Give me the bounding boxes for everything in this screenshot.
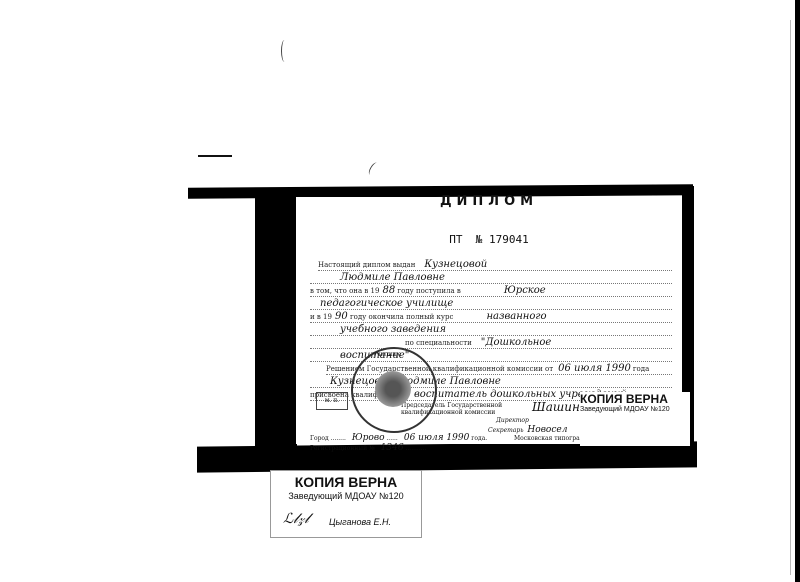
enrolled-line: в том, что она в 1988 году поступила вЮр… [310, 285, 672, 297]
city-line: Город ........Юрово ......06 июля 1990 г… [310, 433, 487, 443]
recipient-name: Людмиле Павловне [340, 272, 445, 283]
copy-stamp-on-diploma: КОПИЯ ВЕРНА Заведующий МДОАУ №120 [580, 392, 690, 446]
stray-mark [281, 40, 288, 62]
scan-edge-line [790, 20, 791, 575]
secretary-signature: Новосел [527, 425, 567, 435]
issued-to-line: Настоящий диплом выданКузнецовой [318, 259, 672, 271]
chairman-signature: Шашина [532, 400, 587, 414]
stamp-position: Заведующий МДОАУ №120 [271, 491, 421, 501]
seal-box: м. п. [316, 392, 348, 410]
graduated-line: и в 1990 году окончила полный курсназван… [310, 311, 672, 323]
registration-line: Регистрационный №1346 ........... [310, 443, 426, 453]
institution-line: педагогическое училище [310, 298, 672, 310]
secretary-label: Секретарь Новосел [488, 425, 567, 435]
stamp-heading: КОПИЯ ВЕРНА [271, 474, 421, 490]
recipient-surname: Кузнецовой [424, 259, 487, 270]
signer-name: Цыганова Е.Н. [329, 517, 391, 527]
frame-left [255, 190, 297, 452]
scan-edge [795, 0, 800, 582]
copy-certified-stamp: КОПИЯ ВЕРНА Заведующий МДОАУ №120 ℒ𝓁𝓏𝓁 Ц… [270, 470, 422, 538]
name-line: Людмиле Павловне [310, 272, 672, 284]
course-line: учебного заведения [310, 324, 672, 336]
emblem-icon [375, 371, 411, 407]
official-seal: училище [351, 347, 437, 433]
diploma-sheet: ДИПЛОМ ПТ № 179041 Настоящий диплом выда… [296, 197, 682, 444]
signature: ℒ𝓁𝓏𝓁 [283, 511, 309, 527]
diploma-title: ДИПЛОМ [296, 194, 682, 209]
director-label: Директор [496, 417, 529, 424]
diploma-number: ПТ № 179041 [296, 233, 682, 246]
specialty-line: по специальности"Дошкольное [310, 337, 672, 349]
stray-mark [367, 161, 380, 177]
frame-bottom [197, 441, 697, 472]
stray-dash [198, 155, 232, 157]
